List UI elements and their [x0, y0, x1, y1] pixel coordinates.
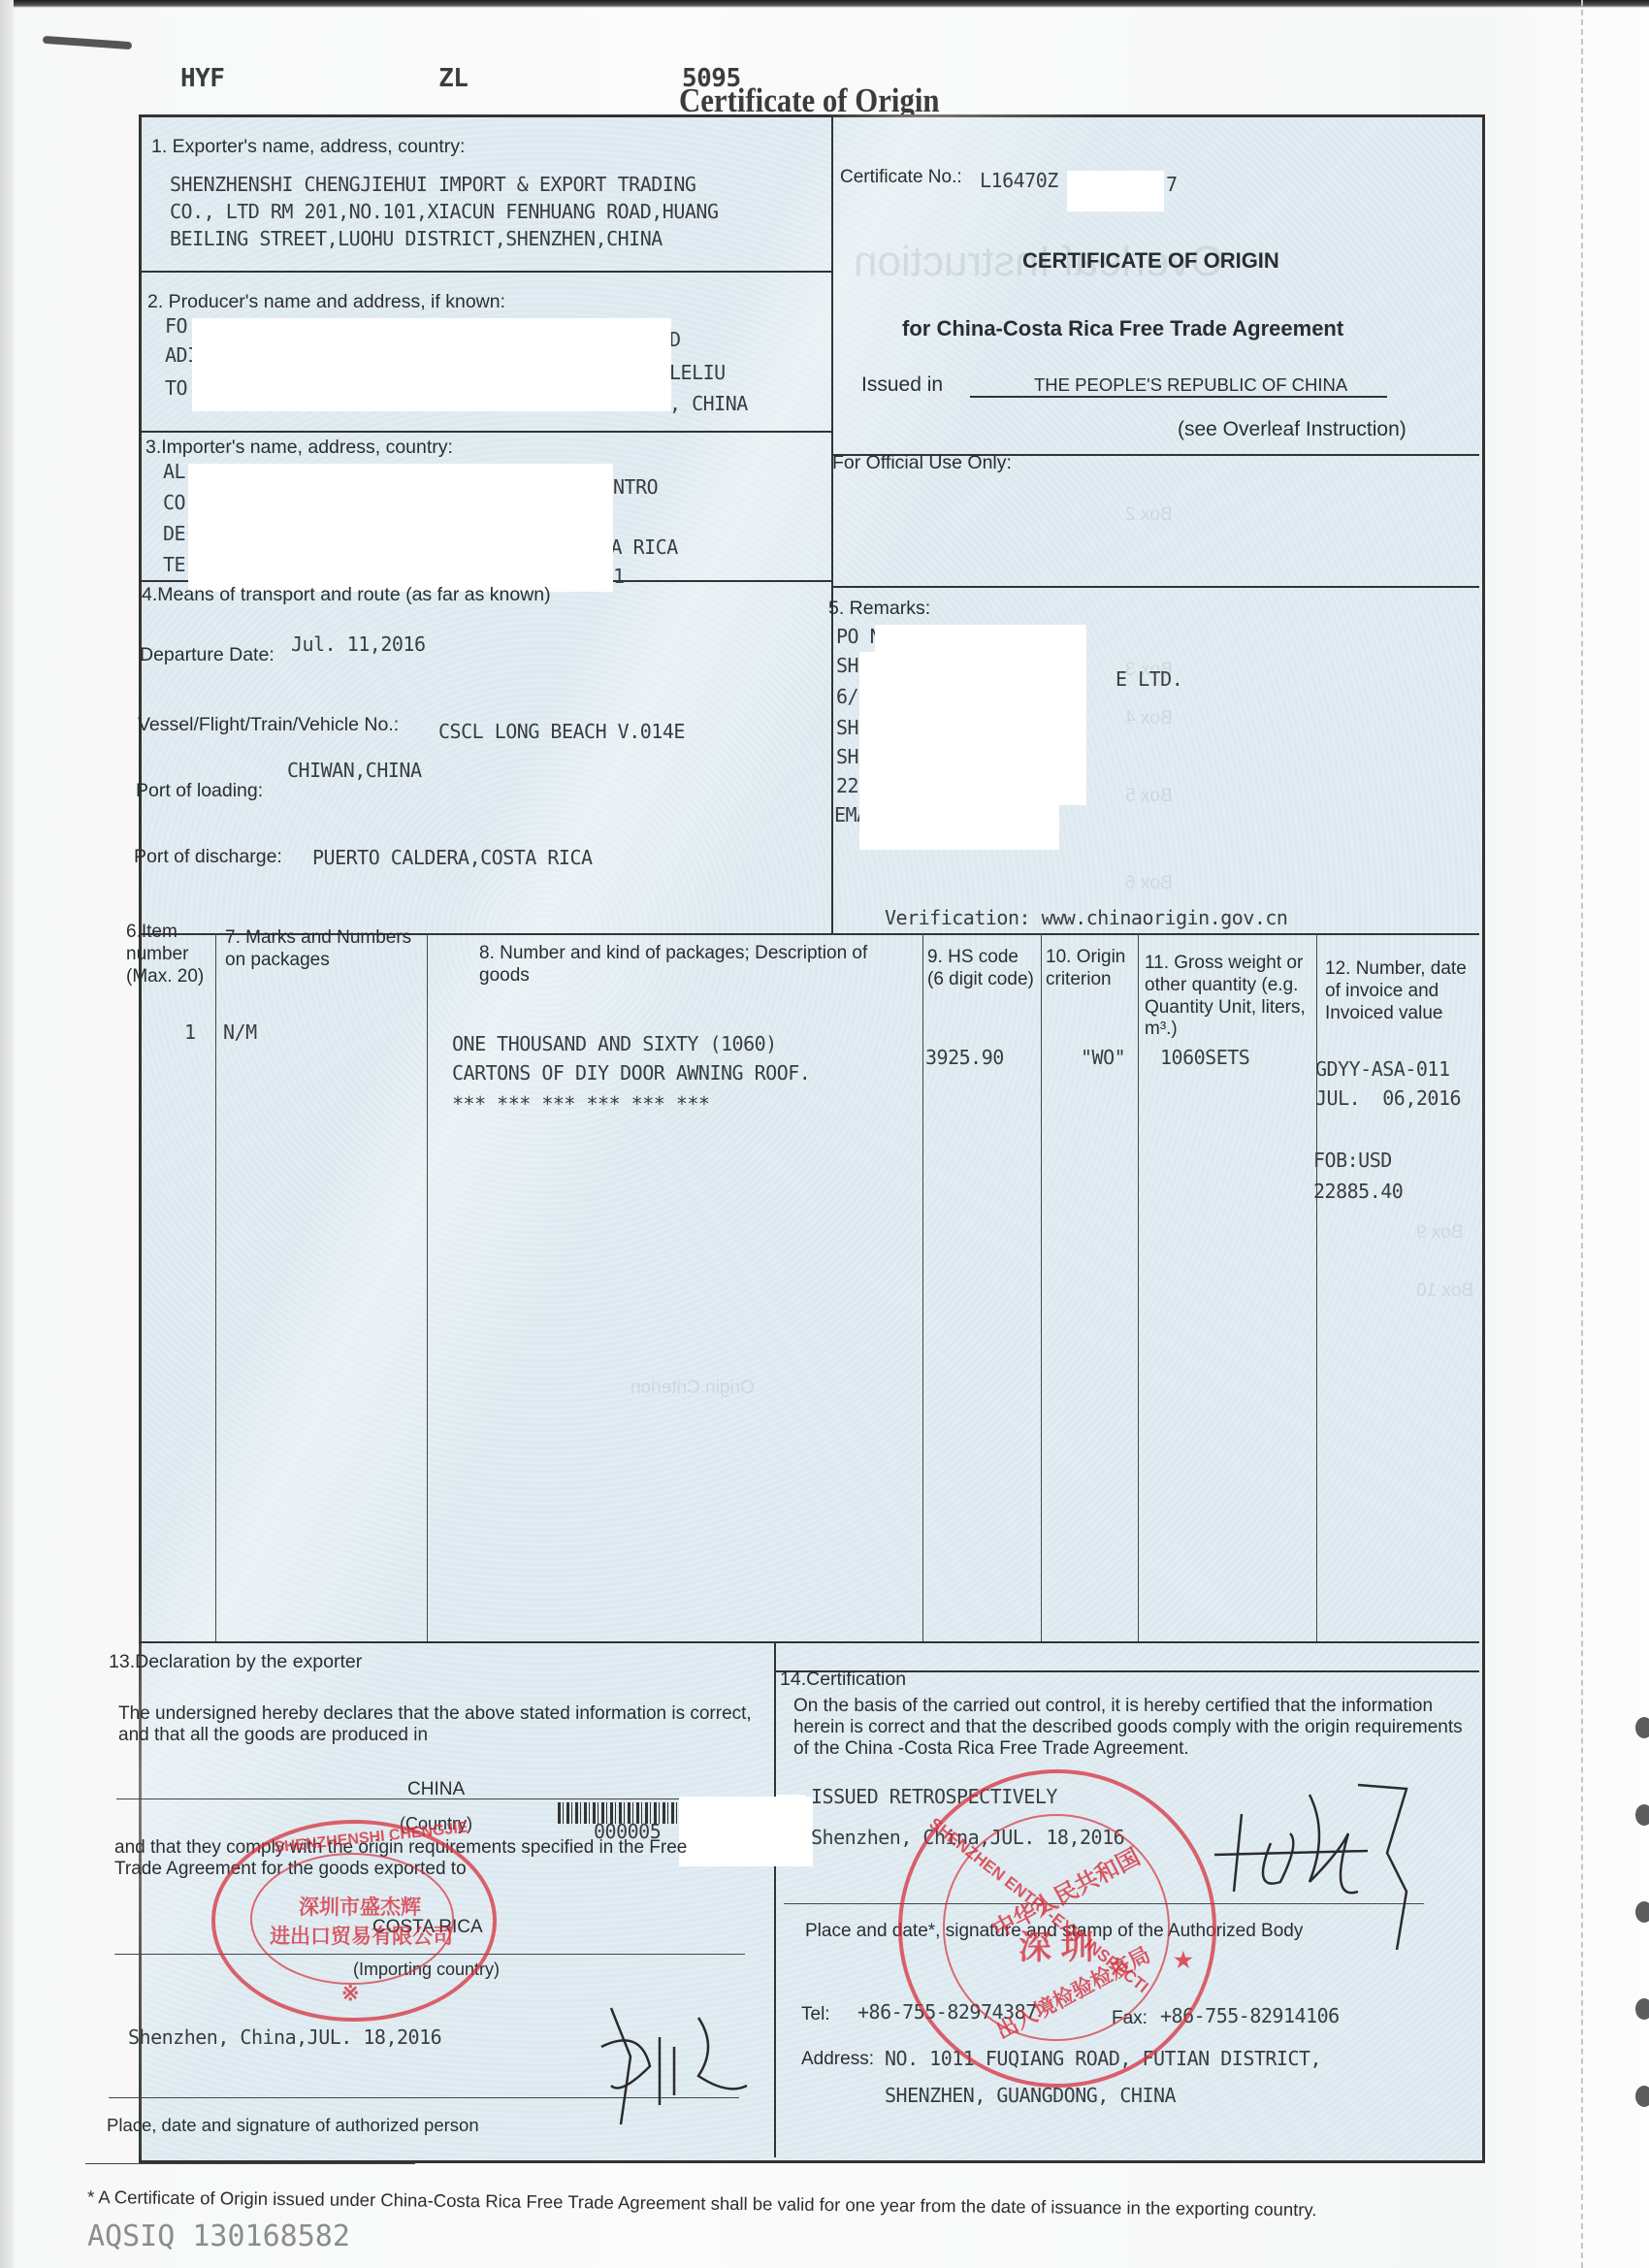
certification-text: On the basis of the carried out control,…	[793, 1696, 1472, 1760]
box5-label: 5. Remarks:	[828, 598, 930, 620]
importer-fragment: TE	[163, 551, 185, 578]
exporter-signature-caption: Place, date and signature of authorized …	[107, 2115, 479, 2136]
exporter-line: BEILING STREET,LUOHU DISTRICT,SHENZHEN,C…	[170, 225, 663, 252]
redaction	[188, 464, 613, 592]
item-description-line: *** *** *** *** *** ***	[452, 1090, 709, 1118]
vessel-label: Vessel/Flight/Train/Vehicle No.:	[138, 714, 399, 736]
produced-country: CHINA	[407, 1779, 465, 1801]
producer-fragment: FO	[165, 312, 187, 340]
invoice-value-label: FOB:USD	[1313, 1147, 1392, 1174]
producer-fragment: TO	[165, 374, 187, 402]
item-origin-criterion: "WO"	[1081, 1044, 1125, 1071]
punch-hole	[1635, 2086, 1649, 2107]
column-divider	[1138, 933, 1139, 1641]
authority-place-date: Shenzhen, China,JUL. 18,2016	[811, 1824, 1124, 1851]
column-divider	[922, 933, 923, 1641]
address-line: SHENZHEN, GUANGDONG, CHINA	[885, 2082, 1176, 2109]
importer-fragment: 1	[613, 563, 625, 590]
official-use-label: For Official Use Only:	[832, 452, 1012, 474]
item-description-line: CARTONS OF DIY DOOR AWNING ROOF.	[452, 1059, 810, 1086]
col-header-invoice: 12. Number, date of invoice and Invoiced…	[1325, 958, 1471, 1024]
verification-url: Verification: www.chinaorigin.gov.cn	[885, 904, 1287, 931]
aqsiq-serial: AQSIQ 130168582	[87, 2223, 350, 2251]
tel-label: Tel:	[801, 2004, 830, 2026]
address-line: NO. 1011 FUQIANG ROAD, FUTIAN DISTRICT,	[885, 2045, 1321, 2072]
box3-label: 3.Importer's name, address, country:	[145, 437, 453, 459]
issued-in-underline	[970, 396, 1387, 398]
column-divider	[215, 933, 216, 1641]
importing-country: COSTA RICA	[372, 1917, 483, 1939]
certificate-heading: CERTIFICATE OF ORIGIN	[1022, 248, 1279, 274]
staple-mark	[43, 36, 132, 49]
remarks-fragment: E LTD.	[1115, 665, 1182, 693]
scan-left-edge	[0, 0, 14, 2268]
col-header-origin-criterion: 10. Origin criterion	[1046, 947, 1139, 991]
importer-fragment: NTRO	[613, 473, 658, 501]
departure-date: Jul. 11,2016	[291, 631, 426, 658]
column-divider	[427, 933, 428, 1641]
punch-hole	[1635, 1717, 1649, 1738]
col-header-description: 8. Number and kind of packages; Descript…	[479, 943, 906, 988]
redaction	[776, 1795, 805, 1864]
issued-retrospectively: ISSUED RETROSPECTIVELY	[811, 1783, 1057, 1810]
importer-fragment: AL	[163, 458, 185, 485]
fax-value: +86-755-82914106	[1160, 2002, 1340, 2029]
port-discharge-value: PUERTO CALDERA,COSTA RICA	[312, 844, 593, 871]
footnote-rule	[85, 2163, 415, 2164]
invoice-number: GDYY-ASA-011	[1315, 1055, 1450, 1083]
item-hs-code: 3925.90	[925, 1044, 1004, 1071]
producer-fragment: , CHINA	[669, 390, 748, 417]
exporter-line: SHENZHENSHI CHENGJIEHUI IMPORT & EXPORT …	[170, 171, 695, 198]
divider	[139, 1641, 1479, 1643]
redaction	[859, 803, 1059, 850]
port-loading-value: CHIWAN,CHINA	[287, 757, 422, 784]
redaction	[192, 318, 671, 411]
footnote: * A Certificate of Origin issued under C…	[87, 2187, 1317, 2220]
declaration-text: The undersigned hereby declares that the…	[118, 1703, 768, 1746]
certificate-no-prefix: L16470Z	[980, 167, 1058, 194]
item-marks: N/M	[223, 1019, 257, 1046]
punch-hole	[1635, 1998, 1649, 2020]
box2-label: 2. Producer's name and address, if known…	[147, 291, 505, 313]
col-header-marks: 7. Marks and Numbers on packages	[225, 927, 429, 972]
col-header-hs-code: 9. HS code (6 digit code)	[927, 947, 1034, 991]
importer-fragment: CO	[163, 489, 185, 516]
divider	[831, 586, 1479, 588]
perforation-line	[1581, 0, 1583, 2268]
column-divider	[1041, 933, 1042, 1641]
exporter-place-date: Shenzhen, China,JUL. 18,2016	[128, 2024, 441, 2051]
divider	[831, 116, 833, 933]
exporter-signature-line	[109, 2097, 739, 2098]
importing-country-underline	[114, 1954, 745, 1955]
col-header-item-number: 6.Item number (Max. 20)	[126, 922, 213, 988]
country-caption: (Country)	[400, 1814, 472, 1835]
divider	[139, 431, 831, 433]
producer-fragment: LELIU	[669, 359, 726, 386]
importer-fragment: DE	[163, 520, 185, 547]
port-loading-label: Port of loading:	[136, 780, 263, 802]
invoice-value: 22885.40	[1313, 1178, 1403, 1205]
box4-label: 4.Means of transport and route (as far a…	[142, 584, 551, 606]
divider	[774, 1641, 776, 2157]
address-label: Address:	[801, 2049, 874, 2071]
port-discharge-label: Port of discharge:	[134, 846, 282, 868]
divider	[139, 271, 831, 273]
redaction	[875, 625, 1086, 654]
authority-signature-line	[784, 1903, 1424, 1904]
item-quantity: 1060SETS	[1160, 1044, 1249, 1071]
box13-label: 13.Declaration by the exporter	[109, 1651, 362, 1673]
scan-edge	[0, 0, 1649, 8]
authority-signature-caption: Place and date*, signature and stamp of …	[805, 1921, 1303, 1943]
item-number: 1	[184, 1019, 196, 1046]
punch-hole	[1635, 1804, 1649, 1826]
redaction	[1067, 171, 1164, 211]
vessel-value: CSCL LONG BEACH V.014E	[438, 718, 685, 745]
fax-label: Fax:	[1112, 2008, 1148, 2030]
agreement-subheading: for China-Costa Rica Free Trade Agreemen…	[902, 316, 1343, 341]
issued-in-value: THE PEOPLE'S REPUBLIC OF CHINA	[1034, 374, 1347, 396]
tel-value: +86-755-82974387	[857, 1998, 1037, 2025]
departure-date-label: Departure Date:	[140, 644, 275, 666]
issued-in-label: Issued in	[861, 373, 943, 397]
overleaf-note: (see Overleaf Instruction)	[1178, 417, 1406, 441]
declaration-text-2: and that they comply with the origin req…	[114, 1837, 696, 1880]
reference-code: HYF ZL 5095	[180, 64, 741, 93]
item-description-line: ONE THOUSAND AND SIXTY (1060)	[452, 1030, 777, 1057]
exporter-line: CO., LTD RM 201,NO.101,XIACUN FENHUANG R…	[170, 198, 719, 225]
invoice-date: JUL. 06,2016	[1315, 1085, 1461, 1112]
importing-country-caption: (Importing country)	[353, 1960, 500, 1981]
certificate-no-label: Certificate No.:	[840, 167, 962, 189]
box1-label: 1. Exporter's name, address, country:	[151, 136, 465, 158]
certificate-no-suffix: 7	[1166, 171, 1178, 198]
box14-label: 14.Certification	[780, 1669, 906, 1691]
col-header-quantity: 11. Gross weight or other quantity (e.g.…	[1145, 953, 1319, 1041]
redaction	[859, 652, 1086, 805]
punch-hole	[1635, 1901, 1649, 1923]
